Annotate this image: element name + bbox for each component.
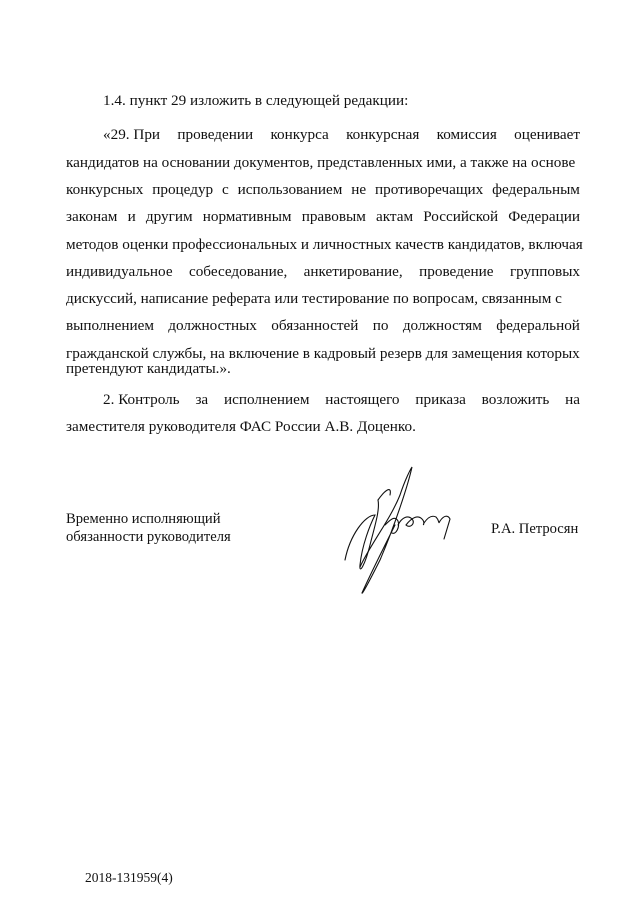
item-29-line: выполнениемдолжностныхобязанностейподолж… bbox=[66, 317, 580, 335]
item-29-line: дискуссий, написание реферата или тестир… bbox=[66, 290, 580, 308]
item-29-line: кандидатов на основании документов, пред… bbox=[66, 154, 580, 172]
word: обязанностей bbox=[271, 317, 358, 335]
word: федеральным bbox=[492, 181, 580, 199]
word: другим bbox=[146, 208, 193, 226]
word: кандидатов на основании документов, пред… bbox=[66, 154, 575, 172]
signatory-title-line-2: обязанности руководителя bbox=[66, 528, 231, 546]
word: дискуссий, написание реферата или тестир… bbox=[66, 290, 562, 308]
item-29-line: законамидругимнормативнымправовымактамРо… bbox=[66, 208, 580, 226]
word: федеральной bbox=[496, 317, 580, 335]
item-29-last-line: претендуют кандидаты.». bbox=[66, 360, 231, 378]
word: и bbox=[128, 208, 136, 226]
word: приказа bbox=[415, 391, 465, 409]
item-2-last-line: заместителя руководителя ФАС России А.В.… bbox=[66, 418, 416, 436]
item-29-line: методов оценки профессиональных и личнос… bbox=[66, 236, 580, 254]
word: 2. Контроль bbox=[103, 391, 180, 409]
word: возложить bbox=[482, 391, 550, 409]
item-1-4: 1.4. пункт 29 изложить в следующей редак… bbox=[103, 92, 408, 110]
word: за bbox=[195, 391, 208, 409]
word: Федерации bbox=[508, 208, 580, 226]
word: выполнением bbox=[66, 317, 154, 335]
document-number: 2018-131959(4) bbox=[85, 870, 173, 886]
word: методов оценки профессиональных и личнос… bbox=[66, 236, 583, 254]
word: настоящего bbox=[325, 391, 399, 409]
word: комиссия bbox=[437, 126, 497, 144]
word: актам bbox=[376, 208, 413, 226]
word: исполнением bbox=[224, 391, 309, 409]
word: должностям bbox=[403, 317, 482, 335]
word: конкурса bbox=[270, 126, 328, 144]
word: правовым bbox=[302, 208, 366, 226]
word: собеседование, bbox=[189, 263, 287, 281]
handwritten-signature bbox=[340, 465, 480, 600]
word: нормативным bbox=[203, 208, 292, 226]
word: на bbox=[565, 391, 580, 409]
word: процедур bbox=[152, 181, 213, 199]
word: анкетирование, bbox=[304, 263, 403, 281]
word: групповых bbox=[510, 263, 580, 281]
word: проведении bbox=[177, 126, 253, 144]
word: «29. При bbox=[103, 126, 160, 144]
word: не bbox=[351, 181, 366, 199]
item-29-line: «29. Припроведенииконкурсаконкурснаякоми… bbox=[103, 126, 580, 144]
item-29-line: конкурсныхпроцедурсиспользованиемнепроти… bbox=[66, 181, 580, 199]
word: использованием bbox=[238, 181, 343, 199]
word: проведение bbox=[419, 263, 493, 281]
word: конкурсная bbox=[346, 126, 419, 144]
word: конкурсных bbox=[66, 181, 143, 199]
word: оценивает bbox=[514, 126, 580, 144]
signatory-title-line-1: Временно исполняющий bbox=[66, 510, 221, 528]
word: противоречащих bbox=[375, 181, 483, 199]
word: по bbox=[373, 317, 389, 335]
item-29-line: индивидуальноесобеседование,анкетировани… bbox=[66, 263, 580, 281]
word: Российской bbox=[423, 208, 498, 226]
item-2-first-line: 2. Контрользаисполнениемнастоящегоприказ… bbox=[103, 391, 580, 409]
signatory-name: Р.А. Петросян bbox=[491, 521, 578, 538]
word: индивидуальное bbox=[66, 263, 173, 281]
word: с bbox=[222, 181, 229, 199]
word: должностных bbox=[168, 317, 257, 335]
word: законам bbox=[66, 208, 117, 226]
